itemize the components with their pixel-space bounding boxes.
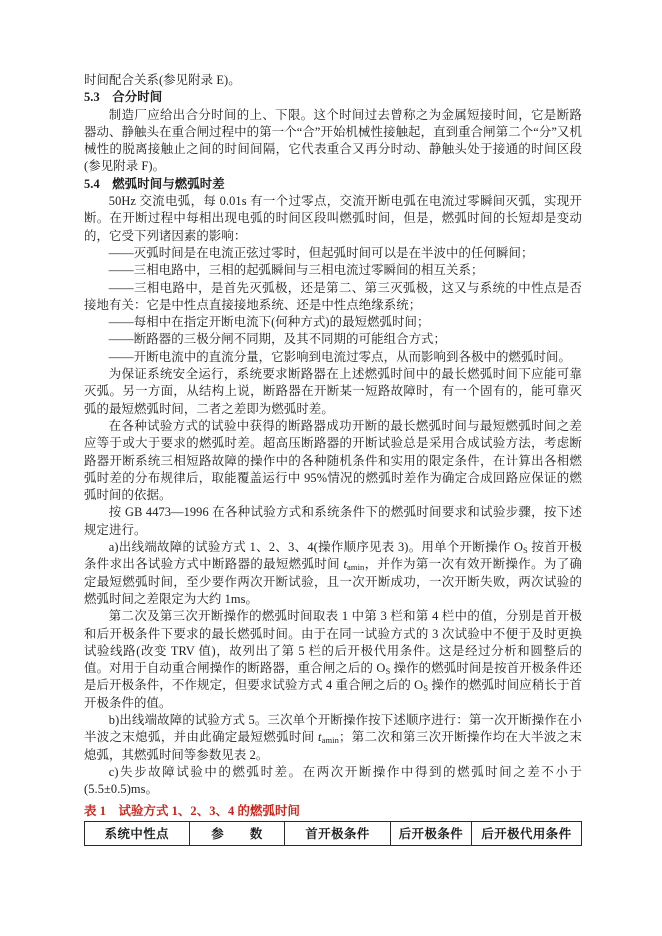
text-segment: 50Hz 交流电弧，每 0.01s 有一个过零点，交流开断电弧在电流过零瞬间灭弧… — [84, 194, 582, 243]
document-page: 时间配合关系(参见附录 E)。5.3 合分时间制造厂应给出合分时间的上、下限。这… — [0, 0, 662, 936]
paragraph: ——三相电路中，是首先灭弧极，还是第二、第三灭弧极，这又与系统的中性点是否接地有… — [84, 280, 582, 315]
text-segment: ——三相电路中，是首先灭弧极，还是第二、第三灭弧极，这又与系统的中性点是否接地有… — [84, 281, 582, 312]
table-header-cell: 系统中性点 — [85, 821, 190, 845]
paragraph: 第二次及第三次开断操作的燃弧时间取表 1 中第 3 栏和第 4 栏中的值，分别是… — [84, 608, 582, 712]
text-segment: 制造厂应给出合分时间的上、下限。这个时间过去曾称之为金属短接时间，它是断路器动、… — [84, 108, 582, 174]
text-segment: ——三相电路中，三相的起弧瞬间与三相电流过零瞬间的相互关系； — [109, 263, 484, 277]
text-segment: amin — [322, 735, 339, 745]
paragraph: ——断路器的三极分闸不同期，及其不同期的可能组合方式； — [84, 331, 582, 348]
document-body: 时间配合关系(参见附录 E)。5.3 合分时间制造厂应给出合分时间的上、下限。这… — [84, 72, 582, 798]
text-segment: ——每相中在指定开断电流下(何种方式)的最短燃弧时间； — [109, 315, 430, 329]
paragraph: c)失步故障试验中的燃弧时差。在两次开断操作中得到的燃弧时间之差不小于(5.5±… — [84, 764, 582, 799]
paragraph: ——灭弧时间是在电流正弦过零时，但起弧时间可以是在半波中的任何瞬间； — [84, 245, 582, 262]
paragraph: ——三相电路中，三相的起弧瞬间与三相电流过零瞬间的相互关系； — [84, 262, 582, 279]
table-header-row: 系统中性点参 数首开极条件后开极条件后开极代用条件 — [85, 821, 582, 845]
text-segment: ——开断电流中的直流分量，它影响到电流过零点，从而影响到各极中的燃弧时间。 — [109, 350, 571, 364]
paragraph: ——每相中在指定开断电流下(何种方式)的最短燃弧时间； — [84, 314, 582, 331]
paragraph: 制造厂应给出合分时间的上、下限。这个时间过去曾称之为金属短接时间，它是断路器动、… — [84, 107, 582, 176]
text-segment: 时间配合关系(参见附录 E)。 — [84, 73, 241, 87]
text-segment: a)出线端故障的试验方式 1、2、3、4(操作顺序见表 3)。用单个开断操作 O — [109, 540, 523, 554]
table-header-cell: 后开极代用条件 — [471, 821, 581, 845]
paragraph: a)出线端故障的试验方式 1、2、3、4(操作顺序见表 3)。用单个开断操作 O… — [84, 539, 582, 608]
paragraph: 时间配合关系(参见附录 E)。 — [84, 72, 582, 89]
text-segment: 5.3 合分时间 — [84, 90, 162, 104]
text-segment: 5.4 燃弧时间与燃弧时差 — [84, 177, 225, 191]
paragraph: 50Hz 交流电弧，每 0.01s 有一个过零点，交流开断电弧在电流过零瞬间灭弧… — [84, 193, 582, 245]
paragraph: 按 GB 4473—1996 在各种试验方式和系统条件下的燃弧时间要求和试验步骤… — [84, 504, 582, 539]
table-1-title: 表 1 试验方式 1、2、3、4 的燃弧时间 — [84, 803, 582, 820]
text-segment: ——灭弧时间是在电流正弦过零时，但起弧时间可以是在半波中的任何瞬间； — [109, 246, 534, 260]
text-segment: 为保证系统安全运行，系统要求断路器在上述燃弧时间中的最长燃弧时间下应能可靠灭弧。… — [84, 367, 582, 416]
table-1-block: 表 1 试验方式 1、2、3、4 的燃弧时间 系统中性点参 数首开极条件后开极条… — [84, 803, 582, 845]
table-header-cell: 首开极条件 — [285, 821, 391, 845]
table-header-cell: 后开极条件 — [390, 821, 471, 845]
section-heading: 5.4 燃弧时间与燃弧时差 — [84, 176, 582, 193]
text-segment: 在各种试验方式的试验中获得的断路器成功开断的最长燃弧时间与最短燃弧时间之差应等于… — [84, 419, 582, 502]
section-heading: 5.3 合分时间 — [84, 89, 582, 106]
text-segment: ——断路器的三极分闸不同期，及其不同期的可能组合方式； — [109, 332, 446, 346]
table-header-cell: 参 数 — [189, 821, 285, 845]
paragraph: 在各种试验方式的试验中获得的断路器成功开断的最长燃弧时间与最短燃弧时间之差应等于… — [84, 418, 582, 504]
document-content: 时间配合关系(参见附录 E)。5.3 合分时间制造厂应给出合分时间的上、下限。这… — [84, 72, 582, 846]
arcing-time-table: 系统中性点参 数首开极条件后开极条件后开极代用条件 — [84, 821, 582, 846]
paragraph: b)出线端故障的试验方式 5。三次单个开断操作按下述顺序进行：第一次开断操作在小… — [84, 712, 582, 764]
paragraph: ——开断电流中的直流分量，它影响到电流过零点，从而影响到各极中的燃弧时间。 — [84, 349, 582, 366]
text-segment: amin — [347, 562, 364, 572]
text-segment: 按 GB 4473—1996 在各种试验方式和系统条件下的燃弧时间要求和试验步骤… — [84, 505, 582, 536]
text-segment: c)失步故障试验中的燃弧时差。在两次开断操作中得到的燃弧时间之差不小于(5.5±… — [84, 765, 582, 796]
paragraph: 为保证系统安全运行，系统要求断路器在上述燃弧时间中的最长燃弧时间下应能可靠灭弧。… — [84, 366, 582, 418]
